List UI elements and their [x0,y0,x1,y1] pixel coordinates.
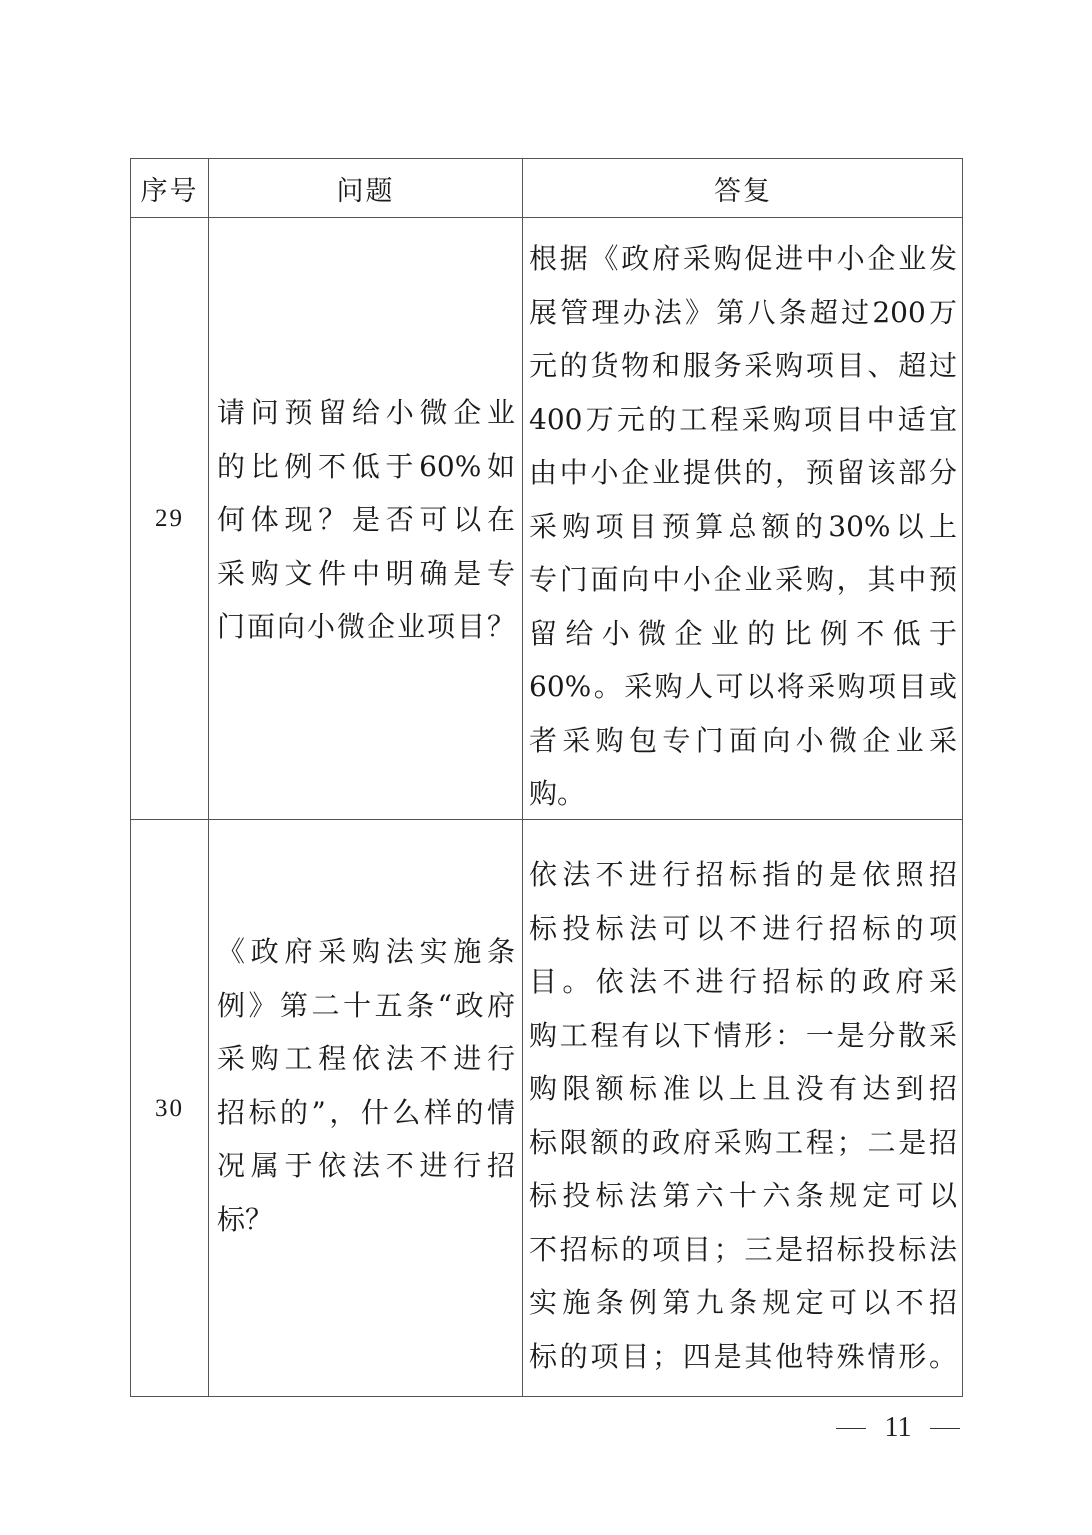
question-line: 请问预留给小微企业 [217,386,515,440]
answer-line: 依法不进行招标指的是依照招 [529,848,957,902]
question-line: 何体现？是否可以在 [217,493,515,547]
page-number-text: 11 [885,1412,912,1444]
question-line: 招标的”，什么样的情 [217,1086,515,1140]
question-line: 门面向小微企业项目？ [217,600,515,654]
header-question: 问题 [209,159,522,217]
answer-line: 采购项目预算总额的30%以上 [529,500,957,554]
answer-line: 元的货物和服务采购项目、超过 [529,339,957,393]
question-cell: 请问预留给小微企业 的比例不低于60%如 何体现？是否可以在 采购文件中明确是专… [217,386,515,654]
answer-line: 60%。采购人可以将采购项目或 [529,660,957,714]
dash-left [836,1428,866,1429]
answer-line: 者采购包专门面向小微企业采 [529,714,957,768]
answer-line: 展管理办法》第八条超过200万 [529,286,957,340]
question-line: 的比例不低于60%如 [217,440,515,494]
row-divider [131,217,962,218]
dash-right [930,1428,960,1429]
qa-table: 序号 问题 答复 29 请问预留给小微企业 的比例不低于60%如 何体现？是否可… [130,158,963,1397]
answer-cell: 依法不进行招标指的是依照招 标投标法可以不进行招标的项 目。依法不进行招标的政府… [529,848,957,1383]
column-divider [208,159,209,1396]
answer-line: 标投标法第六十六条规定可以 [529,1169,957,1223]
question-line: 采购工程依法不进行 [217,1032,515,1086]
answer-line: 留给小微企业的比例不低于 [529,607,957,661]
question-cell: 《政府采购法实施条 例》第二十五条“政府 采购工程依法不进行 招标的”，什么样的… [217,925,515,1246]
page-number: 11 [836,1410,960,1446]
answer-line: 标投标法可以不进行招标的项 [529,902,957,956]
answer-line: 由中小企业提供的，预留该部分 [529,446,957,500]
header-no: 序号 [131,159,208,217]
column-divider [522,159,523,1396]
answer-cell: 根据《政府采购促进中小企业发 展管理办法》第八条超过200万 元的货物和服务采购… [529,232,957,821]
answer-line: 标限额的政府采购工程；二是招 [529,1116,957,1170]
question-line: 况属于依法不进行招 [217,1139,515,1193]
row-number: 29 [131,218,208,819]
answer-line: 400万元的工程采购项目中适宜 [529,393,957,447]
answer-line: 不招标的项目；三是招标投标法 [529,1223,957,1277]
question-line: 例》第二十五条“政府 [217,979,515,1033]
question-line: 《政府采购法实施条 [217,925,515,979]
answer-line: 标的项目；四是其他特殊情形。 [529,1330,957,1384]
answer-line: 专门面向中小企业采购，其中预 [529,553,957,607]
answer-line: 实施条例第九条规定可以不招 [529,1276,957,1330]
question-line: 采购文件中明确是专 [217,547,515,601]
answer-line: 购。 [529,767,957,821]
answer-line: 根据《政府采购促进中小企业发 [529,232,957,286]
answer-line: 目。依法不进行招标的政府采 [529,955,957,1009]
header-answer: 答复 [523,159,963,217]
answer-line: 购限额标准以上且没有达到招 [529,1062,957,1116]
answer-line: 购工程有以下情形：一是分散采 [529,1009,957,1063]
row-number: 30 [131,820,208,1398]
question-line: 标？ [217,1193,515,1247]
